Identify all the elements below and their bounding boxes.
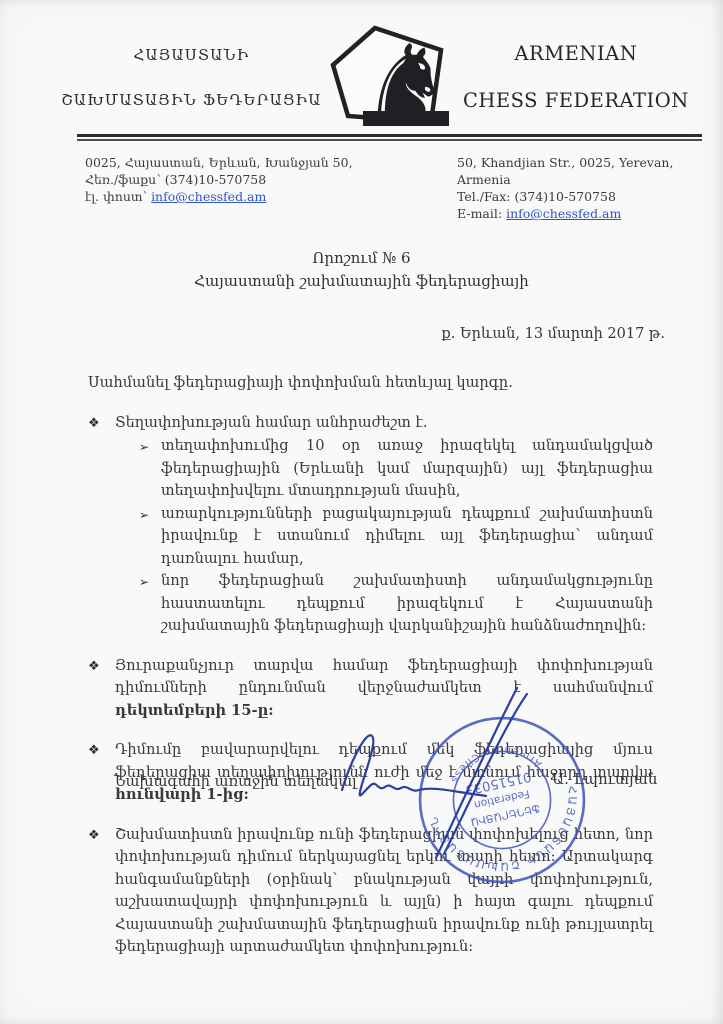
sub-item-1: տեղափոխումից 10 օր առաջ իրազեկել անդամակ… (161, 435, 653, 503)
phone-en: Tel./Fax: (374)10-570758 (457, 188, 703, 205)
section-transfer-rules: ❖ Տեղափոխության համար անհրաժեշտ է. ➢ տեղ… (88, 412, 653, 638)
scanned-letter-page: ՀԱՅԱՍՏԱՆԻ ՇԱԽՄԱՏԱՅԻՆ ՖԵԴԵՐԱՑԻԱ ♞ ARMENIA… (0, 0, 723, 1024)
contact-english: 50, Khandjian Str., 0025, Yerevan, Armen… (457, 154, 703, 222)
diamond-bullet-icon: ❖ (88, 655, 115, 723)
email-link-hy[interactable]: info@chessfed.am (151, 189, 266, 204)
org-name-en-line1: ARMENIAN (457, 42, 695, 65)
email-link-en[interactable]: info@chessfed.am (506, 206, 621, 221)
arrow-bullet-icon: ➢ (139, 570, 161, 638)
diamond-bullet-icon: ❖ (88, 739, 115, 807)
diamond-bullet-icon: ❖ (88, 412, 115, 638)
org-name-english: ARMENIAN CHESS FEDERATION (457, 42, 695, 112)
knight-pentagon-icon: ♞ (327, 24, 455, 130)
address-en: 50, Khandjian Str., 0025, Yerevan, Armen… (457, 154, 703, 188)
org-name-hy-line1: ՀԱՅԱՍՏԱՆԻ (58, 46, 325, 64)
sub-list: ➢ տեղափոխումից 10 օր առաջ իրազեկել անդամ… (115, 435, 653, 638)
section-1-text: Տեղափոխության համար անհրաժեշտ է. (115, 414, 428, 431)
sub-item-2: առարկությունների բացակայության դեպքում շ… (161, 503, 653, 571)
chess-federation-logo: ♞ (325, 24, 457, 130)
signatory-name: Ա. Լպուտյան (552, 770, 657, 788)
email-row-hy: էլ. փոստ՝ info@chessfed.am (85, 188, 457, 205)
svg-text:♞: ♞ (361, 24, 451, 130)
list-item: ➢ առարկությունների բացակայության դեպքում… (139, 503, 653, 571)
dateline: ք. Երևան, 13 մարտի 2017 թ. (0, 326, 723, 342)
org-name-en-line2: CHESS FEDERATION (457, 89, 695, 112)
intro-paragraph: Սահմանել ֆեդերացիայի փոփոխման հետևյալ կա… (88, 372, 653, 395)
email-row-en: E-mail: info@chessfed.am (457, 205, 703, 222)
title-line2: Հայաստանի շախմատային ֆեդերացիայի (0, 270, 723, 293)
email-label-hy: էլ. փոստ՝ (85, 189, 151, 204)
contact-block: 0025, Հայաստան, Երևան, Խանջյան 50, Հեռ./… (0, 141, 723, 222)
letterhead: ՀԱՅԱՍՏԱՆԻ ՇԱԽՄԱՏԱՅԻՆ ՖԵԴԵՐԱՑԻԱ ♞ ARMENIA… (0, 0, 723, 130)
document-title: Որոշում № 6 Հայաստանի շախմատային ֆեդերաց… (0, 247, 723, 293)
list-item: ➢ տեղափոխումից 10 օր առաջ իրազեկել անդամ… (139, 435, 653, 503)
arrow-bullet-icon: ➢ (139, 503, 161, 571)
org-name-armenian: ՀԱՅԱՍՏԱՆԻ ՇԱԽՄԱՏԱՅԻՆ ՖԵԴԵՐԱՑԻԱ (58, 46, 325, 109)
handwritten-signature (320, 668, 560, 878)
contact-armenian: 0025, Հայաստան, Երևան, Խանջյան 50, Հեռ./… (85, 154, 457, 222)
list-item: ➢ նոր ֆեդերացիան շախմատիստի անդամակցությ… (139, 570, 653, 638)
sub-item-3: նոր ֆեդերացիան շախմատիստի անդամակցությու… (161, 570, 653, 638)
section-2-bold: դեկտեմբերի 15-ը: (115, 702, 274, 719)
email-label-en: E-mail: (457, 206, 506, 221)
org-name-hy-line2: ՇԱԽՄԱՏԱՅԻՆ ՖԵԴԵՐԱՑԻԱ (58, 91, 325, 109)
address-hy: 0025, Հայաստան, Երևան, Խանջյան 50, (85, 154, 457, 171)
diamond-bullet-icon: ❖ (88, 824, 115, 959)
arrow-bullet-icon: ➢ (139, 435, 161, 503)
phone-hy: Հեռ./ֆաքս՝ (374)10-570758 (85, 171, 457, 188)
title-line1: Որոշում № 6 (0, 247, 723, 270)
header-divider (77, 134, 702, 141)
